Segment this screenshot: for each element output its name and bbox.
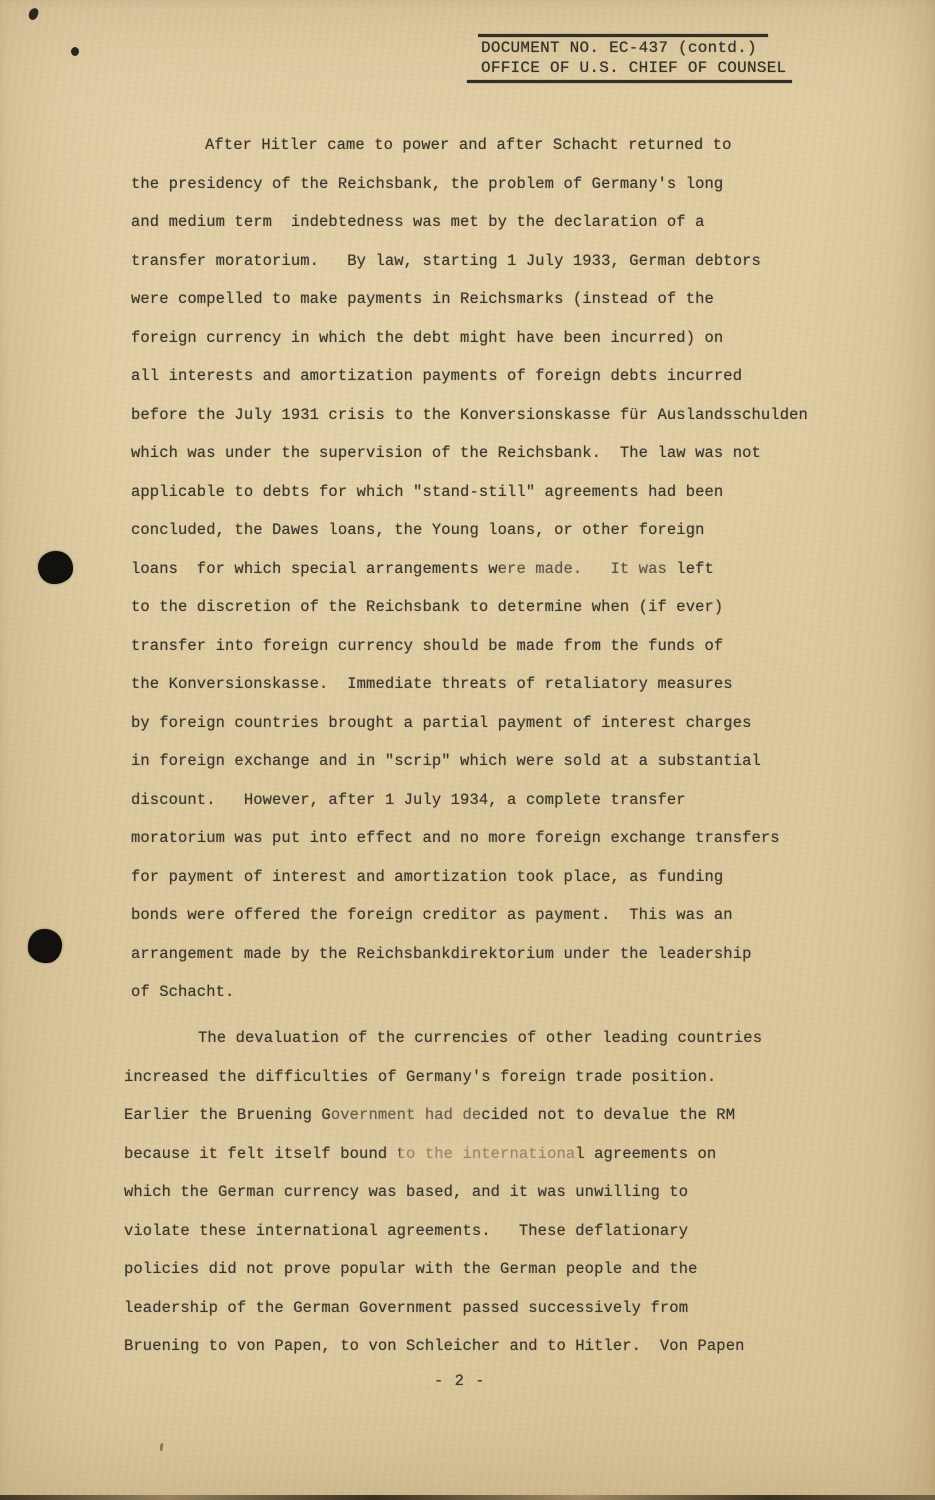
text-line: applicable to debts for which "stand-sti… — [131, 473, 808, 512]
text-line: Bruening to von Papen, to von Schleicher… — [124, 1327, 762, 1366]
ink-speck — [28, 7, 40, 21]
paragraph-2: The devaluation of the currencies of oth… — [124, 1019, 762, 1366]
ink-speck — [71, 47, 79, 56]
text-line: because it felt itself bound to the inte… — [124, 1135, 762, 1174]
scanned-document-page: DOCUMENT NO. EC-437 (contd.) OFFICE OF U… — [0, 0, 935, 1500]
text-line: arrangement made by the Reichsbankdirekt… — [131, 935, 808, 974]
text-line: all interests and amortization payments … — [131, 357, 808, 396]
text-line: for payment of interest and amortization… — [131, 858, 808, 897]
text-line: violate these international agreements. … — [124, 1212, 762, 1251]
text-line: discount. However, after 1 July 1934, a … — [131, 781, 808, 820]
text-line: foreign currency in which the debt might… — [131, 319, 808, 358]
paper-bottom-edge — [0, 1495, 935, 1500]
text-line: of Schacht. — [131, 973, 808, 1012]
text-line: by foreign countries brought a partial p… — [131, 704, 808, 743]
text-line: the presidency of the Reichsbank, the pr… — [131, 165, 808, 204]
header-rule-top — [478, 34, 768, 37]
text-line: which was under the supervision of the R… — [131, 434, 808, 473]
page-number: - 2 - — [434, 1368, 486, 1394]
text-line: to the discretion of the Reichsbank to d… — [131, 588, 808, 627]
text-line: concluded, the Dawes loans, the Young lo… — [131, 511, 808, 550]
paragraph-1: After Hitler came to power and after Sch… — [131, 126, 808, 1012]
text-line: increased the difficulties of Germany's … — [124, 1058, 762, 1097]
text-line: loans for which special arrangements wer… — [131, 550, 808, 589]
ink-speck — [159, 1443, 163, 1451]
text-line: leadership of the German Government pass… — [124, 1289, 762, 1328]
header-rule-bottom — [467, 80, 792, 83]
text-line: policies did not prove popular with the … — [124, 1250, 762, 1289]
text-line: bonds were offered the foreign creditor … — [131, 896, 808, 935]
text-line: After Hitler came to power and after Sch… — [131, 126, 808, 165]
text-line: transfer into foreign currency should be… — [131, 627, 808, 666]
text-line: which the German currency was based, and… — [124, 1173, 762, 1212]
header-office-name: OFFICE OF U.S. CHIEF OF COUNSEL — [481, 59, 786, 78]
paper-edge-shading — [893, 0, 935, 1500]
punch-hole-top — [38, 551, 73, 584]
text-line: The devaluation of the currencies of oth… — [124, 1019, 762, 1058]
text-line: Earlier the Bruening Government had deci… — [124, 1096, 762, 1135]
text-line: in foreign exchange and in "scrip" which… — [131, 742, 808, 781]
text-line: the Konversionskasse. Immediate threats … — [131, 665, 808, 704]
text-line: transfer moratorium. By law, starting 1 … — [131, 242, 808, 281]
text-line: moratorium was put into effect and no mo… — [131, 819, 808, 858]
text-line: before the July 1931 crisis to the Konve… — [131, 396, 808, 435]
text-line: and medium term indebtedness was met by … — [131, 203, 808, 242]
punch-hole-bottom — [28, 929, 62, 963]
header-document-number: DOCUMENT NO. EC-437 (contd.) — [481, 39, 757, 58]
text-line: were compelled to make payments in Reich… — [131, 280, 808, 319]
